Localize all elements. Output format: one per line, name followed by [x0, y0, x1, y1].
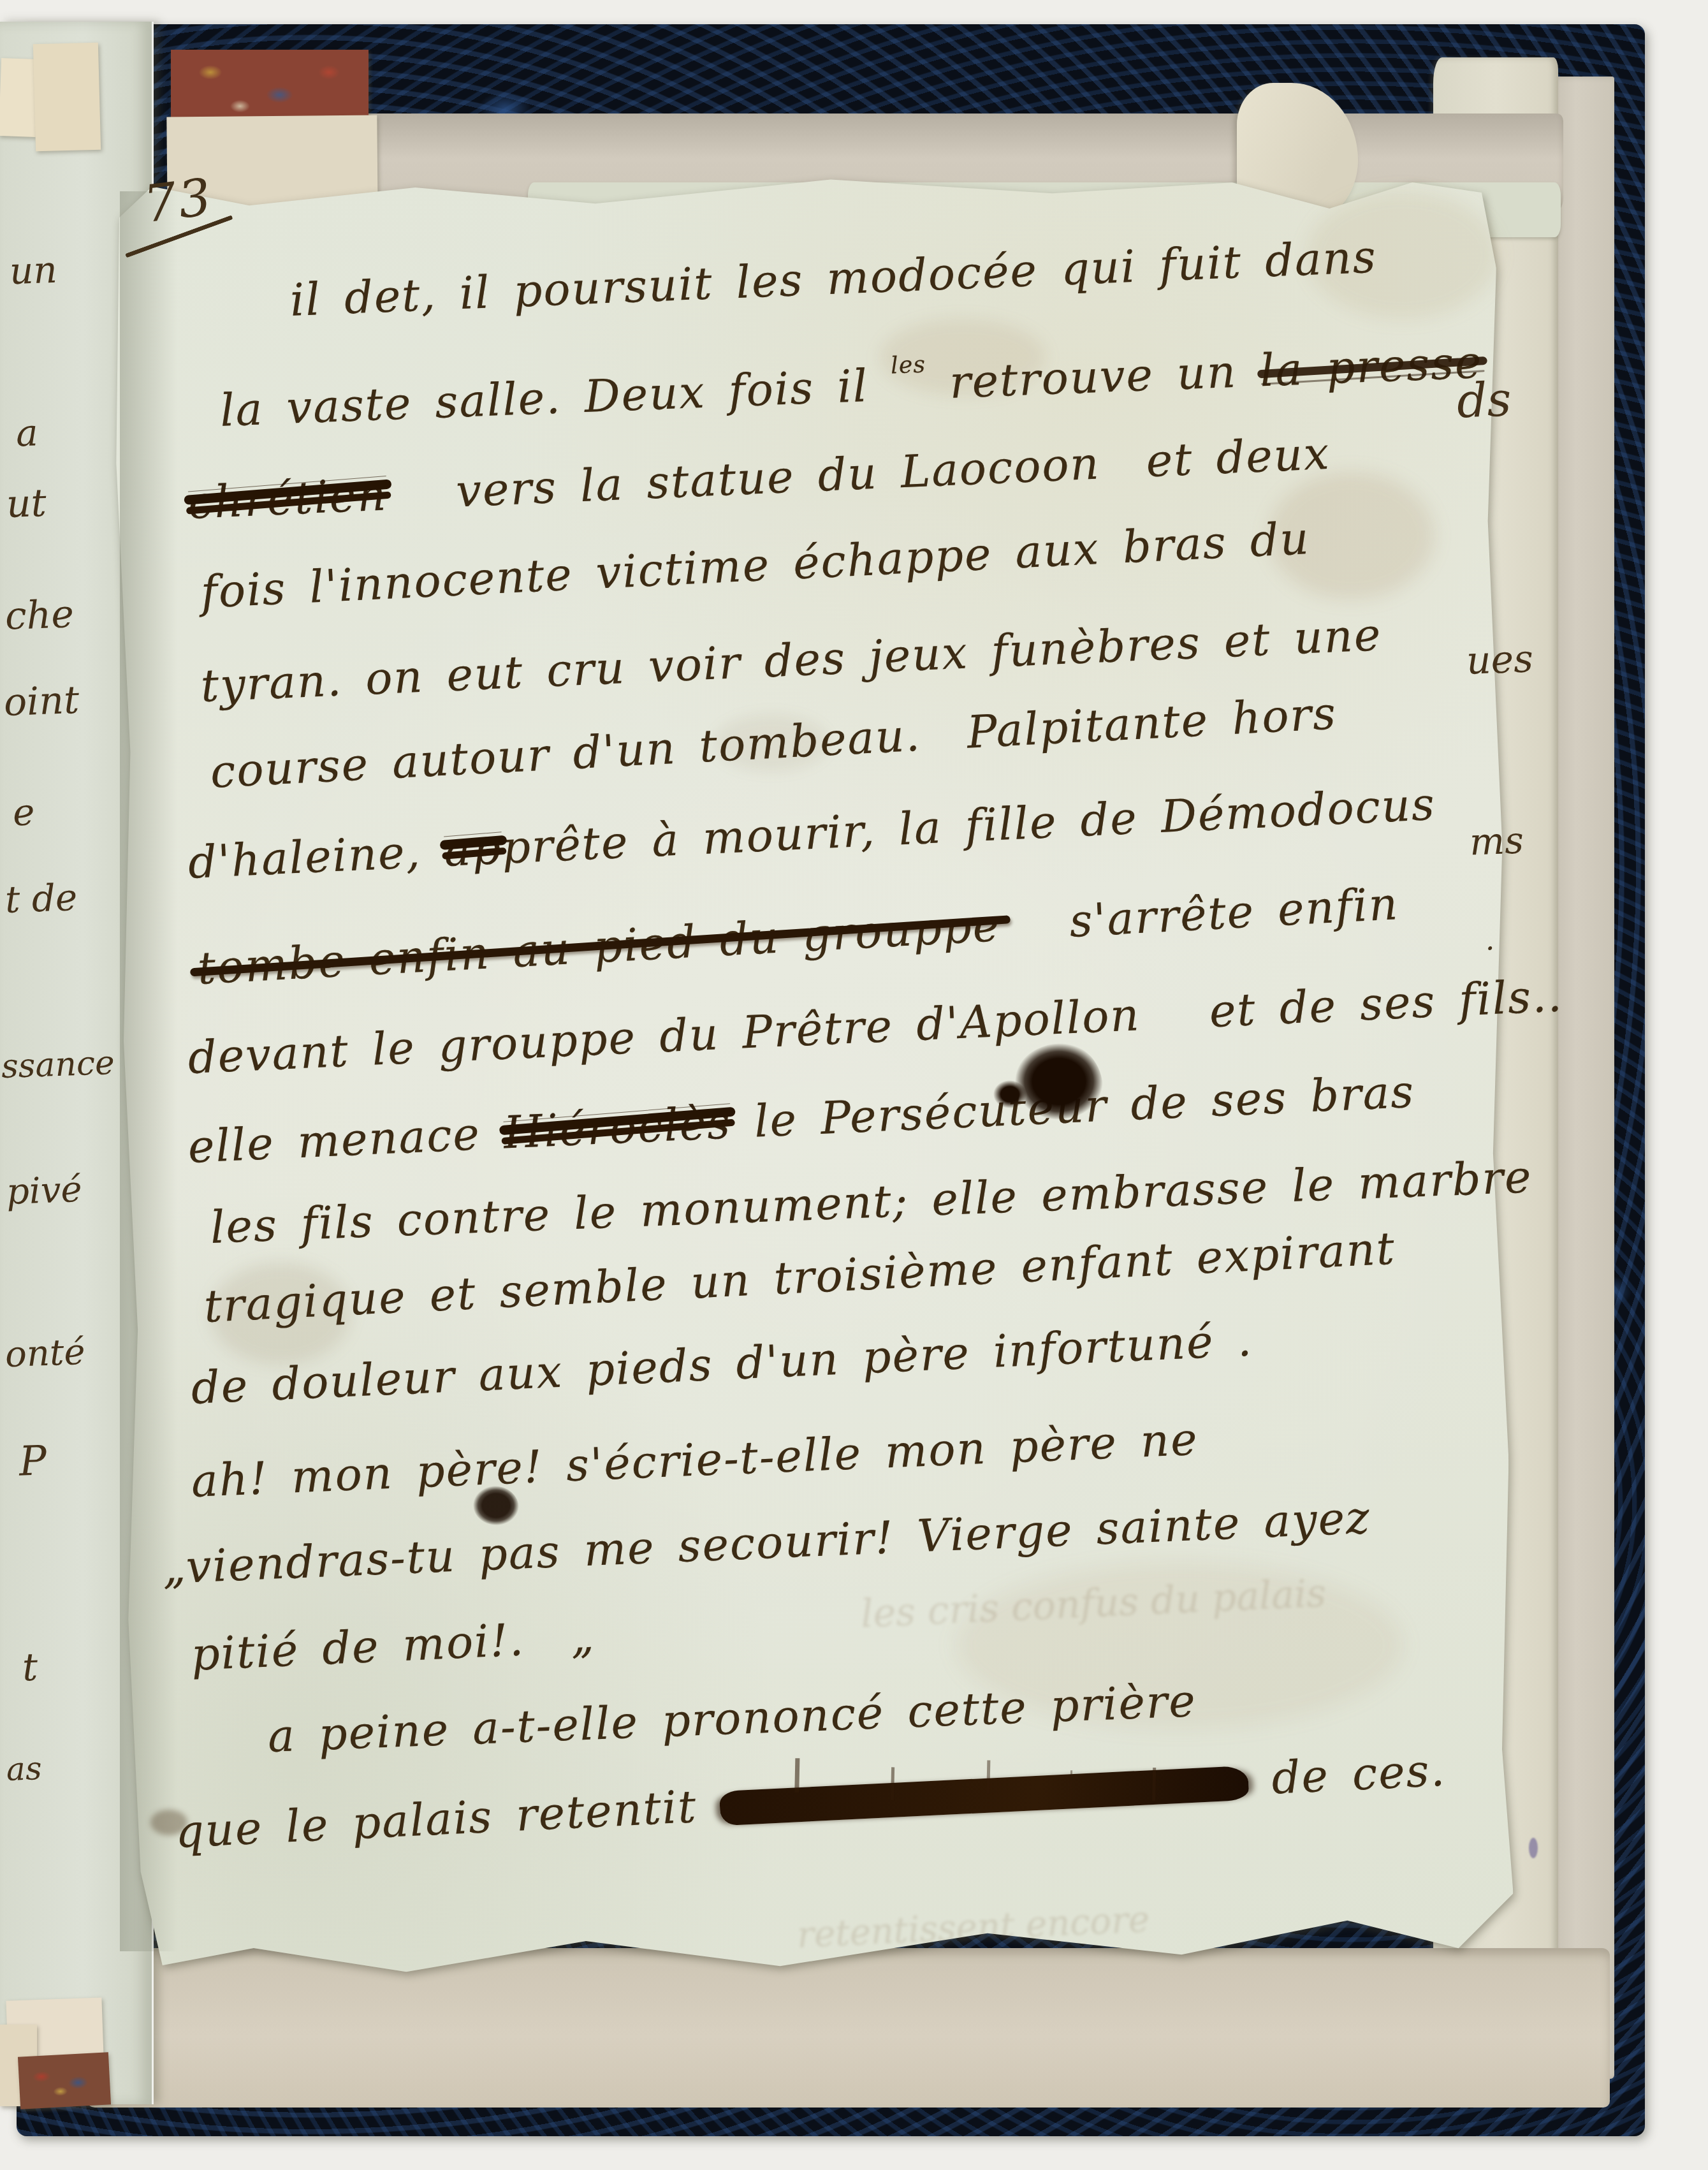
margin-fragment-right: ues [1466, 636, 1534, 684]
margin-fragment-left: t [22, 1645, 39, 1690]
text-segment-normal: vers la statue du Laocoon et deux [386, 427, 1331, 521]
ink-blot [1015, 1043, 1103, 1120]
margin-fragment-right: ds [1456, 372, 1512, 429]
margin-fragment-left: e [12, 790, 36, 834]
manuscript-line-7: d'haleine, apprête à mourir, la fille de… [187, 778, 1436, 889]
text-segment-strike-long: tombe enfin au pied du grouppe [196, 899, 1002, 995]
text-segment-scribble: Hiéroclès [502, 1096, 733, 1159]
manuscript-line-2: la vaste salle. Deux fois il les retrouv… [219, 329, 1484, 437]
manuscript-line-13: de douleur aux pieds d'un père infortuné… [190, 1314, 1253, 1414]
manuscript-line-3: chrétien vers la statue du Laocoon et de… [187, 427, 1331, 529]
margin-fragment-right: · [1485, 931, 1496, 965]
manuscript-line-15: „viendras-tu pas me secourir! Vierge sai… [161, 1492, 1371, 1594]
text-segment-normal: il det, il poursuit les modocée qui fuit… [289, 231, 1378, 326]
margin-fragment-left: a [15, 411, 39, 455]
text-segment-normal: d'haleine, [187, 825, 446, 889]
margin-fragment-left: ut [6, 481, 47, 527]
text-segment-normal: „viendras-tu pas me secourir! Vierge sai… [161, 1492, 1371, 1594]
text-segment-normal: elle menace [187, 1107, 505, 1173]
manuscript-line-9: devant le grouppe du Prêtre d'Apollon et… [187, 969, 1564, 1084]
manuscript-line-14: ah! mon père! s'écrie-t-elle mon père ne [190, 1413, 1199, 1507]
manuscript-scan: les cris confus du palais retentissent e… [0, 0, 1708, 2170]
text-segment-normal: et de ses fils.. [1162, 969, 1565, 1039]
margin-fragment-left: un [9, 248, 58, 293]
margin-fragment-left: pivé [6, 1169, 83, 1213]
manuscript-line-17: a peine a-t-elle prononcé cette prière [266, 1675, 1197, 1763]
text-segment-normal: fois l'innocente victime échappe aux bra… [200, 512, 1311, 619]
handwriting-layer: 73 il det, il poursuit les modocée qui f… [0, 0, 1708, 2170]
manuscript-line-1: il det, il poursuit les modocée qui fuit… [289, 231, 1378, 326]
text-segment-smear [719, 1766, 1250, 1826]
margin-fragment-left: oint [3, 678, 80, 725]
margin-fragment-left: ssance [1, 1044, 115, 1086]
text-segment-normal: s'arrête enfin [999, 877, 1400, 951]
text-segment-superscript: les [890, 350, 926, 379]
manuscript-line-4: fois l'innocente victime échappe aux bra… [200, 512, 1311, 619]
margin-fragment-right: ms [1469, 819, 1524, 864]
margin-fragment-left: che [4, 592, 75, 639]
text-segment-normal: pitié de moi!. „ [190, 1610, 596, 1681]
manuscript-line-8: tombe enfin au pied du grouppe s'arrête … [196, 877, 1400, 995]
margin-fragment-left: as [6, 1750, 42, 1788]
text-segment-normal: retrouve un [925, 344, 1260, 409]
margin-fragment-left: P [18, 1437, 48, 1485]
text-segment-normal: de douleur aux pieds d'un père infortuné… [190, 1314, 1253, 1414]
text-segment-normal: a peine a-t-elle prononcé cette prière [266, 1675, 1197, 1763]
text-segment-scribble: chrétien [187, 468, 388, 529]
margin-fragment-left: onté [4, 1331, 86, 1375]
text-segment-normal: que le palais retentit [174, 1779, 721, 1858]
text-segment-normal: de ces. [1247, 1744, 1447, 1806]
manuscript-line-16: pitié de moi!. „ [190, 1610, 596, 1681]
text-segment-normal: la vaste salle. Deux fois il [219, 358, 893, 436]
text-segment-normal: prête à mourir, la fille de Démodocus [500, 778, 1436, 874]
text-segment-strike: la presse [1259, 336, 1484, 397]
manuscript-line-18: que le palais retentit de ces. [174, 1744, 1447, 1858]
text-segment-normal: ah! mon père! s'écrie-t-elle mon père ne [190, 1413, 1199, 1507]
purple-speck [1529, 1838, 1538, 1858]
margin-fragment-left: t de [4, 876, 78, 921]
text-segment-scribble: ap [443, 822, 503, 877]
manuscript-line-10: elle menace Hiéroclès le Persécuteur de … [187, 1066, 1416, 1173]
